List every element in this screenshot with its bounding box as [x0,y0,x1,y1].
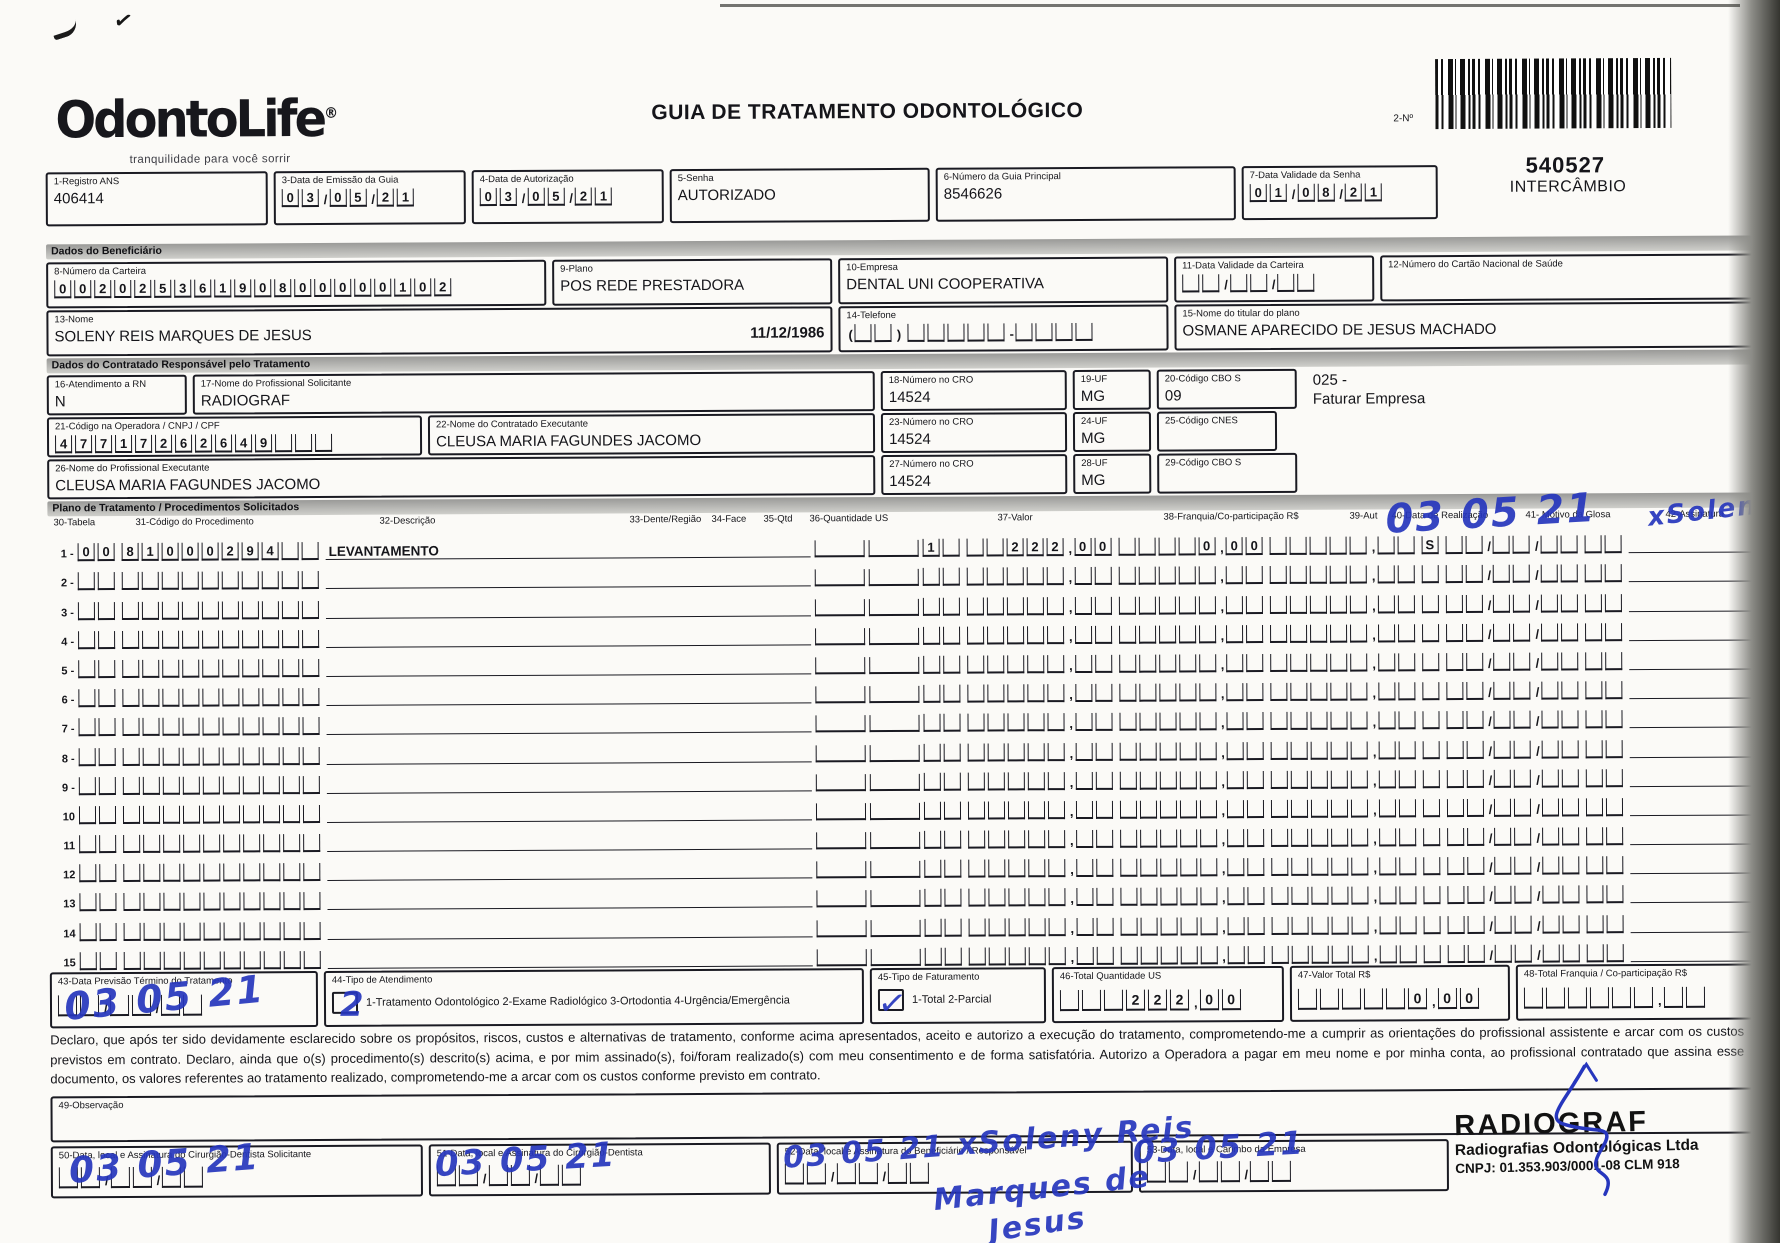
digit-cell [1227,742,1244,760]
cell-data-realizacao: // [1447,915,1582,934]
digit-cell [183,864,200,882]
digit-cell [163,776,180,794]
digit-cell [222,601,239,619]
cell-dente [816,920,866,937]
digit-cell [1292,887,1309,905]
cell-face [869,598,919,615]
digit-cell [1008,889,1025,907]
digit-cell [1270,537,1287,555]
digit-cell [1140,859,1157,877]
digit-cell [1513,623,1530,641]
field-cnes: 25-Código CNES [1157,411,1277,452]
digit-cell [1297,274,1314,292]
digit-cell [1227,829,1244,847]
digit-cell [243,747,260,765]
cell-codigo [122,688,322,707]
digit-cell [302,630,319,648]
digit-cell [1027,626,1044,644]
row-number: 11 [49,840,75,853]
digit-cell [1160,888,1177,906]
digit-cell [143,835,160,853]
digit-cell [908,324,925,342]
cell-face [870,803,920,820]
digit-cell [183,893,200,911]
digit-cell [1467,799,1484,817]
digit-cell [1118,596,1135,614]
barcode [1435,58,1671,129]
digit-cell [1311,712,1328,730]
digit-cell [1271,858,1288,876]
digit-cell [1028,889,1045,907]
digit-cell [163,835,180,853]
cell-valor: , [1119,712,1267,731]
digit-cell [78,602,95,620]
digit-cell [1585,711,1602,729]
digit-cell [1094,567,1111,585]
cell-descricao [328,949,813,969]
digit-cell: 2 [134,280,151,298]
contratado-row-3: 26-Nome do Profissional Executante CLEUS… [47,450,1759,499]
digit-cell [1446,740,1463,758]
digit-cell: 1 [394,279,411,297]
digit-cell [1272,946,1289,964]
row-number: 10 [49,811,75,824]
digit-cell: 7 [135,435,152,453]
digit-cell [1399,799,1416,817]
digit-cell [98,689,115,707]
digit-cell [1378,624,1395,642]
digit-cell [1291,800,1308,818]
digit-cell [1514,799,1531,817]
digit-cell: 2 [1046,538,1063,556]
field-prof-executante: 26-Nome do Profissional Executante CLEUS… [47,455,875,499]
digit-cell [222,689,239,707]
cell-data-realizacao: // [1446,740,1581,759]
digit-cell: 0 [1198,537,1215,555]
digit-cell [944,860,961,878]
cell-franquia: , [1270,595,1418,614]
digit-cell [1220,1161,1239,1182]
digit-cell: 2 [1126,990,1145,1011]
digit-cell [1606,856,1623,874]
cell-valor: , [1119,800,1267,819]
cell-quantidade-us: , [968,772,1116,791]
digit-cell [99,864,116,882]
digit-cell [1399,857,1416,875]
field-tipo-faturamento: 45-Tipo de Faturamento 1-Total 2-Parcial [870,967,1046,1024]
digit-cell [858,1163,877,1184]
digit-cell [987,655,1004,673]
authorization-row: 1-Registro ANS 406414 3-Data de Emissão … [46,165,1438,226]
digit-cell [1007,568,1024,586]
digit-cell [562,1165,581,1186]
digit-cell [1291,858,1308,876]
digit-cell [1119,742,1136,760]
row-number: 2 - [48,578,74,591]
digit-cell [80,952,97,970]
digit-cell [163,864,180,882]
cell-descricao [327,774,812,794]
digit-cell [1330,566,1347,584]
digit-cell [1379,770,1396,788]
digit-cell [1270,595,1287,613]
digit-cell [1330,595,1347,613]
digit-cell [943,685,960,703]
digit-cell [1159,742,1176,760]
cell-face [870,774,920,791]
digit-cell [1120,917,1137,935]
digit-cell [1290,537,1307,555]
digit-cell [1379,828,1396,846]
digit-cell [943,714,960,732]
cell-face [868,540,918,557]
digit-cell [1563,944,1580,962]
digit-cell [1351,712,1368,730]
cell-tabela [79,777,119,795]
digit-cell [967,655,984,673]
cell-motivo-glosa [1585,535,1625,553]
digit-cell [944,772,961,790]
digit-cell [1399,945,1416,963]
digit-cell [1378,741,1395,759]
digit-cell [1422,711,1439,729]
digit-cell [1178,538,1195,556]
digit-cell: 4 [55,435,72,453]
digit-cell [1120,859,1137,877]
digit-cell [1541,652,1558,670]
digit-cell [1158,596,1175,614]
digit-cell [143,806,160,824]
digit-cell: 1 [1365,183,1382,201]
digit-cell [1494,799,1511,817]
cell-valor: , [1120,858,1268,877]
digit-cell [1524,988,1543,1009]
col-qtd: 35-Qtd [763,514,792,525]
digit-cell [967,597,984,615]
digit-cell [968,831,985,849]
cell-aut [1422,711,1442,729]
digit-cell [303,863,320,881]
digit-cell [1590,987,1609,1008]
digit-cell [1270,683,1287,701]
digit-cell [1076,859,1093,877]
digit-cell [302,542,319,560]
cell-data-realizacao: // [1445,536,1580,555]
digit-cell [1494,711,1511,729]
digit-cell [1446,653,1463,671]
digit-cell [1139,800,1156,818]
digit-cell [1047,597,1064,615]
digit-cell [1447,857,1464,875]
digit-cell [968,860,985,878]
digit-cell [223,893,240,911]
digit-cell: 6 [175,435,192,453]
cell-franquia: , [1270,566,1418,585]
digit-cell [79,864,96,882]
digit-cell [1008,772,1025,790]
digit-cell [1311,770,1328,788]
field-empresa: 10-Empresa DENTAL UNI COOPERATIVA [838,257,1168,305]
digit-cell [1160,917,1177,935]
digit-cell [184,951,201,969]
cell-codigo [122,571,322,590]
digit-cell [282,571,299,589]
digit-cell [282,601,299,619]
digit-cell [1664,987,1683,1008]
digit-cell: 8 [274,279,291,297]
digit-cell [1048,918,1065,936]
digit-cell [1248,887,1265,905]
digit-cell [162,1167,181,1188]
digit-cell [1246,566,1263,584]
digit-cell [183,805,200,823]
digit-cell [1248,917,1265,935]
digit-cell [1226,625,1243,643]
digit-cell [1543,944,1560,962]
digit-cell [142,572,159,590]
digit-cell [1029,947,1046,965]
digit-cell [78,718,95,736]
beneficiario-nome: SOLENY REIS MARQUES DE JESUS [54,326,311,346]
digit-cell: 1 [115,435,132,453]
cell-descricao [327,803,812,823]
digit-cell [284,951,301,969]
digit-cell [1514,828,1531,846]
digit-cell [224,922,241,940]
digit-cell [100,923,117,941]
digit-cell [1158,567,1175,585]
cell-aut [1423,857,1443,875]
digit-cell [244,922,261,940]
digit-cell [1199,683,1216,701]
cell-face [870,832,920,849]
cell-valor: , [1120,829,1268,848]
digit-cell [1494,653,1511,671]
digit-cell [1398,712,1415,730]
digit-cell [58,995,77,1016]
digit-cell: 0 [98,543,115,561]
digit-cell [1247,771,1264,789]
digit-cell [923,685,940,703]
digit-cell [944,918,961,936]
digit-cell [1075,655,1092,673]
cell-qtd [924,801,964,819]
cell-valor: , [1119,742,1267,761]
digit-cell [163,747,180,765]
digit-cell [1351,770,1368,788]
digit-cell [1542,798,1559,816]
digit-cell: 0 [1297,184,1314,202]
digit-cell [1180,859,1197,877]
digit-cell [1445,536,1462,554]
digit-cell [1228,917,1245,935]
col-face: 34-Face [711,514,746,525]
digit-cell [1180,829,1197,847]
digit-cell [1447,828,1464,846]
cell-descricao [327,745,812,765]
digit-cell [99,835,116,853]
digit-cell [1467,916,1484,934]
digit-cell [1352,945,1369,963]
digit-cell [1007,597,1024,615]
field-titular-plano: 15-Nome do titular do plano OSMANE APARE… [1174,301,1758,350]
digit-cell [1027,655,1044,673]
field-cro-executante: 23-Número no CRO 14524 [881,412,1067,453]
digit-cell [1178,596,1195,614]
digit-cell [78,573,95,591]
digit-cell [1605,652,1622,670]
digit-cell: 0 [1250,184,1267,202]
digit-cell [143,747,160,765]
digit-cell [263,893,280,911]
field-uf-prof-executante: 28-UF MG [1073,454,1151,494]
digit-cell [1228,888,1245,906]
digit-cell [99,806,116,824]
digit-cell [1352,887,1369,905]
digit-cell [263,747,280,765]
digit-cell [99,777,116,795]
row-number: 1 - [48,548,74,561]
digit-cell [1568,987,1587,1008]
digit-cell [1494,828,1511,846]
digit-cell [1200,917,1217,935]
form-title: GUIA DE TRATAMENTO ODONTOLÓGICO [557,98,1177,125]
digit-cell [987,626,1004,644]
cell-descricao [326,657,811,677]
digit-cell [1139,684,1156,702]
digit-cell: 8 [1317,184,1334,202]
digit-cell [1076,830,1093,848]
digit-cell [967,714,984,732]
cell-tabela [78,631,118,649]
digit-cell [1422,624,1439,642]
digit-cell [968,801,985,819]
digit-cell [262,688,279,706]
digit-cell [1447,945,1464,963]
digit-cell [1159,800,1176,818]
digit-cell [1586,827,1603,845]
cell-data-realizacao: // [1446,652,1581,671]
field-cro-solicitante: 18-Número no CRO 14524 [881,370,1067,411]
field-tipo-atendimento: 44-Tipo de Atendimento 1-Tratamento Odon… [324,968,864,1027]
cell-valor: , [1119,683,1267,702]
digit-cell [1226,567,1243,585]
digit-cell [987,685,1004,703]
cell-franquia: , [1270,653,1418,672]
digit-cell [123,893,140,911]
cell-qtd [925,947,965,965]
col-assinatura: 42-Assinatura [1665,509,1724,520]
digit-cell: 0 [202,543,219,561]
digit-cell [1250,274,1267,292]
digit-cell: 2 [1006,538,1023,556]
col-franquia: 38-Franquia/Co-participação R$ [1163,511,1298,523]
digit-cell [1226,683,1243,701]
digit-cell [81,1167,100,1188]
registered-mark: ® [324,105,338,122]
col-valor: 37-Valor [997,512,1032,523]
digit-cell [1179,742,1196,760]
digit-cell [1495,915,1512,933]
digit-cell [928,324,945,342]
digit-cell [1159,654,1176,672]
digit-cell: 3 [302,189,319,207]
digit-cell [1048,743,1065,761]
cell-dente [815,599,865,616]
digit-cell [988,323,1005,341]
cell-qtd [923,626,963,644]
digit-cell [1118,567,1135,585]
digit-cell [1310,654,1327,672]
digit-cell [284,922,301,940]
digit-cell [1138,596,1155,614]
digit-cell [1561,652,1578,670]
digit-cell [923,714,940,732]
cell-quantidade-us: , [968,859,1116,878]
digit-cell [144,922,161,940]
digit-cell: 9 [234,279,251,297]
digit-cell [162,630,179,648]
digit-cell [1140,888,1157,906]
digit-cell [988,889,1005,907]
digit-cell [1397,536,1414,554]
digit-cell [1140,917,1157,935]
digit-cell [1027,714,1044,732]
digit-cell [924,802,941,820]
digit-cell [968,772,985,790]
digit-cell [1075,713,1092,731]
digit-cell: 0 [254,279,271,297]
digit-cell [1514,711,1531,729]
digit-cell [142,689,159,707]
digit-cell [1246,596,1263,614]
digit-cell [1515,857,1532,875]
cell-quantidade-us: 222,00 [966,538,1114,557]
digit-cell: 0 [1438,988,1457,1009]
digit-cell [183,995,202,1016]
cell-motivo-glosa [1586,886,1626,904]
digit-cell [1585,681,1602,699]
digit-cell [1075,684,1092,702]
digit-cell [1199,713,1216,731]
procedure-rows: 1 -0081000294LEVANTAMENTO1 222,00 0,00,S… [48,523,1762,970]
digit-cell: 1 [214,279,231,297]
digit-cell [1310,683,1327,701]
field-cartao-nacional: 12-Número do Cartão Nacional de Saúde [1380,253,1758,301]
digit-cell [1160,946,1177,964]
digit-cell [78,631,95,649]
cell-valor: , [1120,917,1268,936]
digit-cell [967,568,984,586]
digit-cell [1095,742,1112,760]
field-nome-beneficiario: 13-Nome SOLENY REIS MARQUES DE JESUS 11/… [46,306,832,356]
digit-cell [242,630,259,648]
cell-codigo [123,776,323,795]
digit-cell [1247,800,1264,818]
cell-quantidade-us: , [968,830,1116,849]
digit-cell [1377,566,1394,584]
cell-face [870,744,920,761]
digit-cell [79,748,96,766]
field-total-franquia: 48-Total Franquia / Co-participação R$ , [1516,963,1762,1020]
digit-cell: 2 [1026,538,1043,556]
digit-cell [1027,568,1044,586]
digit-cell [1272,1161,1291,1182]
digit-cell [1075,772,1092,790]
digit-cell [1290,683,1307,701]
digit-cell: 0 [1200,989,1219,1010]
digit-cell [488,1165,507,1186]
